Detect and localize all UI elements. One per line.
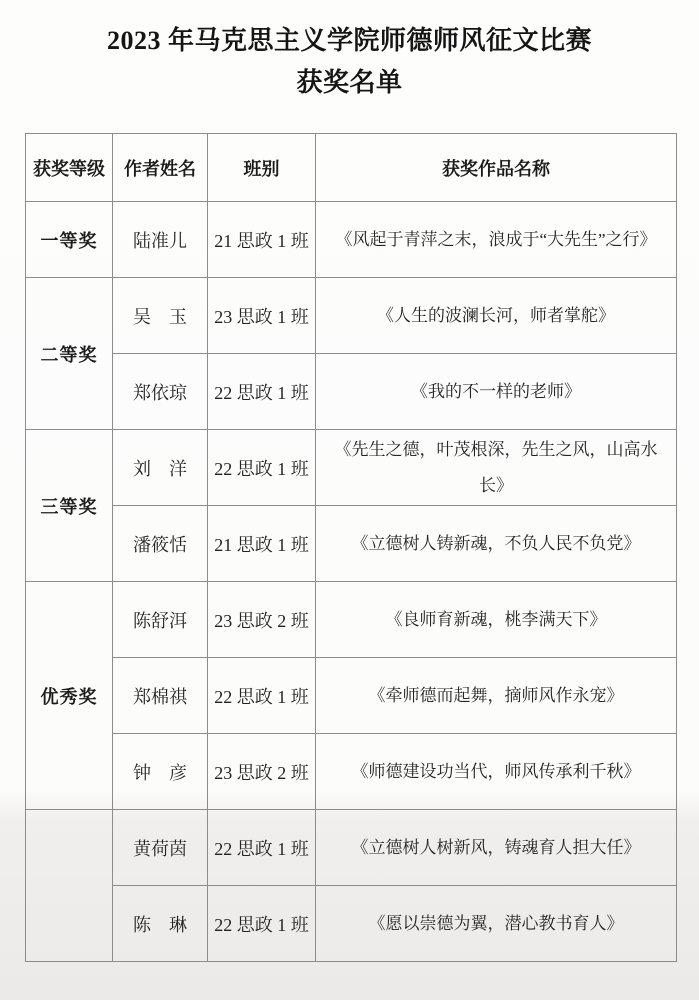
author-name-cell: 陈 琳 — [113, 886, 208, 962]
work-title-cell: 《立德树人树新风，铸魂育人担大任》 — [316, 810, 677, 886]
work-title-cell: 《良师育新魂，桃李满天下》 — [316, 582, 677, 658]
table-row: 一等奖 陆准儿 21 思政 1 班 《风起于青萍之末，浪成于“大先生”之行》 — [26, 202, 677, 278]
author-name-cell: 郑棉祺 — [113, 658, 208, 734]
work-title-cell: 《牵师德而起舞，摘师风作永宠》 — [316, 658, 677, 734]
work-title-cell: 《先生之德，叶茂根深，先生之风，山高水长》 — [316, 430, 677, 506]
class-cell: 22 思政 1 班 — [208, 658, 316, 734]
document-title: 2023 年马克思主义学院师德师风征文比赛 获奖名单 — [0, 20, 699, 104]
col-header-class: 班别 — [208, 134, 316, 202]
col-header-work-title: 获奖作品名称 — [316, 134, 677, 202]
work-title-cell: 《我的不一样的老师》 — [316, 354, 677, 430]
work-title-cell: 《风起于青萍之末，浪成于“大先生”之行》 — [316, 202, 677, 278]
author-name-cell: 陆准儿 — [113, 202, 208, 278]
class-cell: 22 思政 1 班 — [208, 810, 316, 886]
table-row: 郑依琼 22 思政 1 班 《我的不一样的老师》 — [26, 354, 677, 430]
award-level-cell-continued — [26, 810, 113, 962]
author-name-cell: 刘 洋 — [113, 430, 208, 506]
work-title-cell: 《师德建设功当代，师风传承利千秋》 — [316, 734, 677, 810]
document-page: 2023 年马克思主义学院师德师风征文比赛 获奖名单 获奖等级 作者姓名 班别 … — [0, 0, 699, 1000]
table-row: 郑棉祺 22 思政 1 班 《牵师德而起舞，摘师风作永宠》 — [26, 658, 677, 734]
class-cell: 22 思政 1 班 — [208, 354, 316, 430]
award-winners-table: 获奖等级 作者姓名 班别 获奖作品名称 一等奖 陆准儿 21 思政 1 班 《风… — [25, 133, 677, 962]
table-row: 优秀奖 陈舒洱 23 思政 2 班 《良师育新魂，桃李满天下》 — [26, 582, 677, 658]
col-header-award-level: 获奖等级 — [26, 134, 113, 202]
award-level-cell-first-prize: 一等奖 — [26, 202, 113, 278]
class-cell: 22 思政 1 班 — [208, 430, 316, 506]
table-row: 潘筱恬 21 思政 1 班 《立德树人铸新魂，不负人民不负党》 — [26, 506, 677, 582]
author-name-cell: 陈舒洱 — [113, 582, 208, 658]
table-row: 陈 琳 22 思政 1 班 《愿以崇德为翼，潜心教书育人》 — [26, 886, 677, 962]
document-title-line1: 2023 年马克思主义学院师德师风征文比赛 — [0, 20, 699, 62]
table-row: 黄荷茵 22 思政 1 班 《立德树人树新风，铸魂育人担大任》 — [26, 810, 677, 886]
award-level-cell-excellence-prize: 优秀奖 — [26, 582, 113, 810]
award-level-cell-second-prize: 二等奖 — [26, 278, 113, 430]
author-name-cell: 黄荷茵 — [113, 810, 208, 886]
class-cell: 23 思政 1 班 — [208, 278, 316, 354]
class-cell: 22 思政 1 班 — [208, 886, 316, 962]
work-title-cell: 《人生的波澜长河，师者掌舵》 — [316, 278, 677, 354]
col-header-author-name: 作者姓名 — [113, 134, 208, 202]
class-cell: 21 思政 1 班 — [208, 202, 316, 278]
award-level-cell-third-prize: 三等奖 — [26, 430, 113, 582]
class-cell: 23 思政 2 班 — [208, 734, 316, 810]
work-title-cell: 《立德树人铸新魂，不负人民不负党》 — [316, 506, 677, 582]
table-row: 三等奖 刘 洋 22 思政 1 班 《先生之德，叶茂根深，先生之风，山高水长》 — [26, 430, 677, 506]
class-cell: 21 思政 1 班 — [208, 506, 316, 582]
class-cell: 23 思政 2 班 — [208, 582, 316, 658]
table-row: 二等奖 吴 玉 23 思政 1 班 《人生的波澜长河，师者掌舵》 — [26, 278, 677, 354]
document-title-line2: 获奖名单 — [0, 62, 699, 104]
author-name-cell: 钟 彦 — [113, 734, 208, 810]
work-title-cell: 《愿以崇德为翼，潜心教书育人》 — [316, 886, 677, 962]
table-row: 钟 彦 23 思政 2 班 《师德建设功当代，师风传承利千秋》 — [26, 734, 677, 810]
table-header-row: 获奖等级 作者姓名 班别 获奖作品名称 — [26, 134, 677, 202]
author-name-cell: 郑依琼 — [113, 354, 208, 430]
author-name-cell: 潘筱恬 — [113, 506, 208, 582]
author-name-cell: 吴 玉 — [113, 278, 208, 354]
